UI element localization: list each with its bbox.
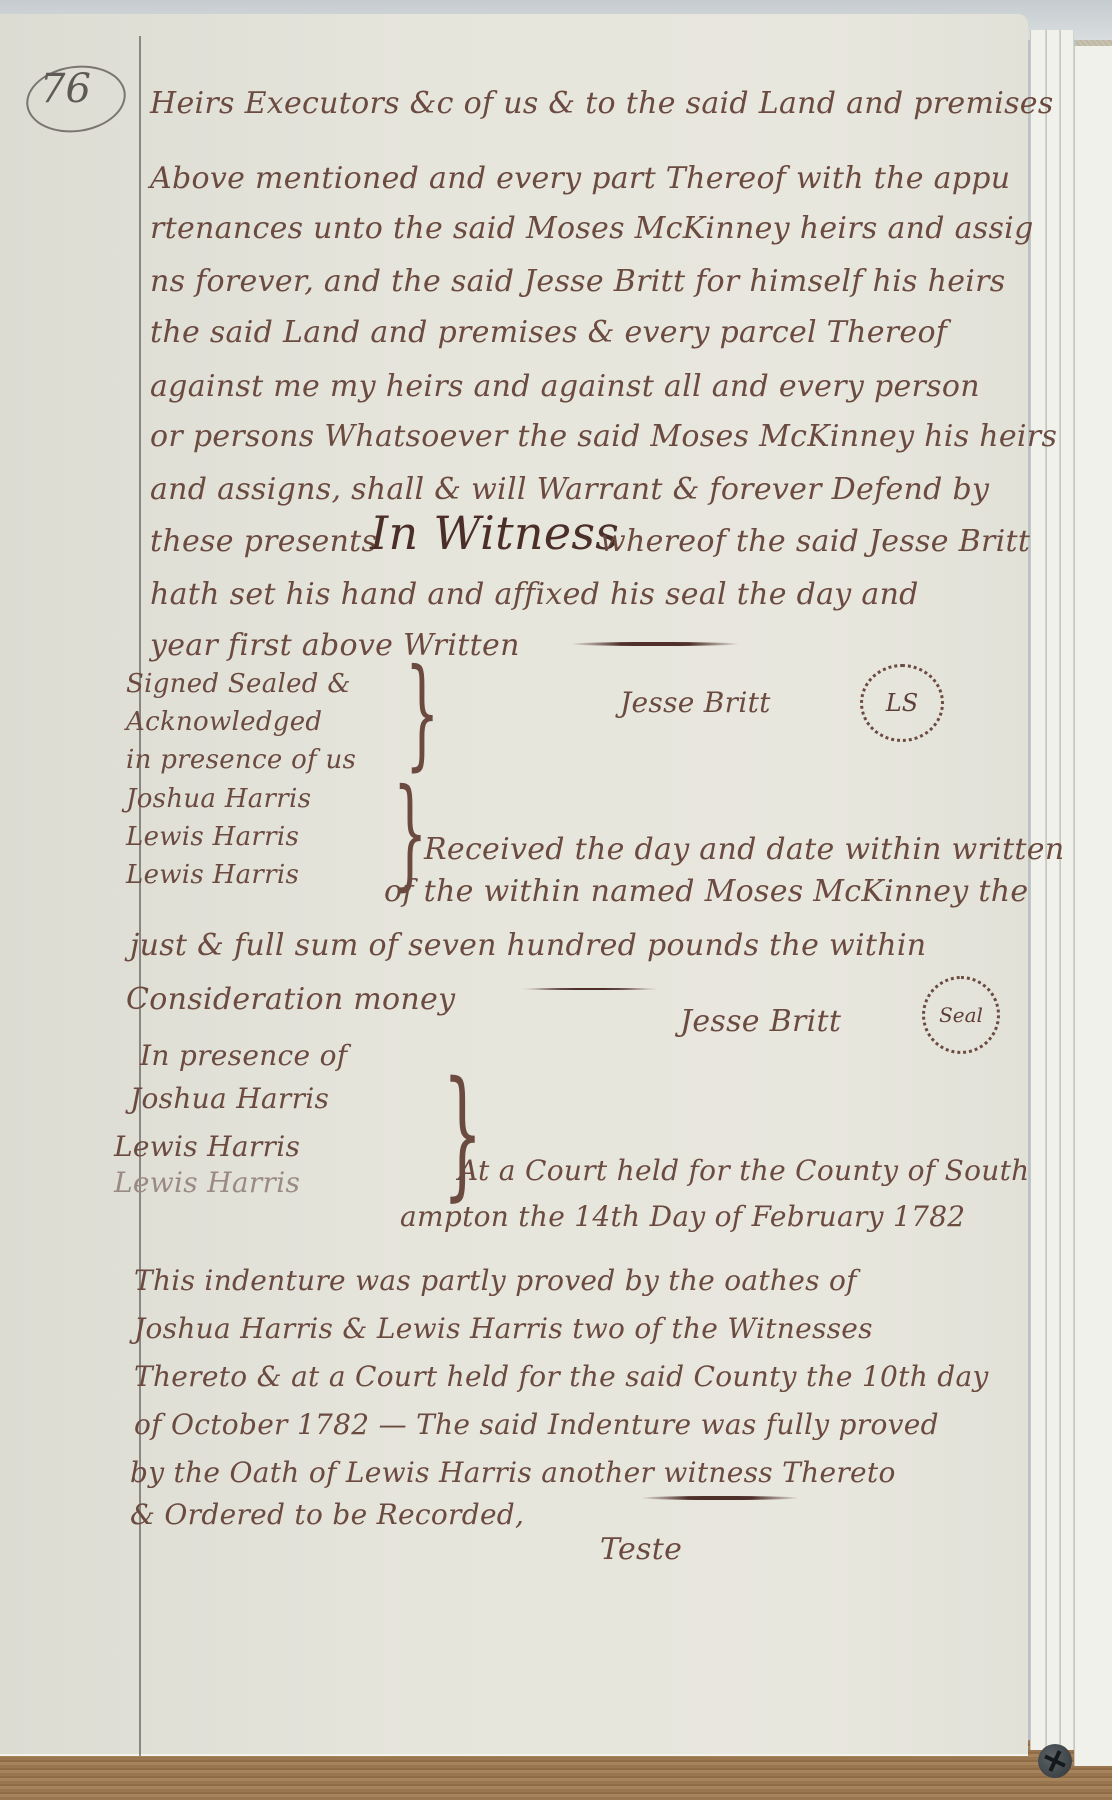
screw-icon xyxy=(1038,1744,1072,1778)
receipt-line: Consideration money xyxy=(126,982,455,1017)
witness-heading-line: Acknowledged xyxy=(126,707,322,737)
seal-label: LS xyxy=(886,689,918,717)
page-edge xyxy=(1046,30,1060,1750)
witness-name: Joshua Harris xyxy=(130,1082,329,1115)
body-line: rtenances unto the said Moses McKinney h… xyxy=(150,211,1034,246)
seal-icon: Seal xyxy=(922,976,1000,1054)
court-line: Thereto & at a Court held for the said C… xyxy=(134,1360,989,1393)
signature-name: Jesse Britt xyxy=(620,686,771,719)
body-line: these presents xyxy=(150,524,377,559)
court-line: Joshua Harris & Lewis Harris two of the … xyxy=(134,1312,873,1345)
body-line: Above mentioned and every part Thereof w… xyxy=(150,161,1010,196)
in-witness-heading: In Witness xyxy=(370,506,619,560)
signature-name: Jesse Britt xyxy=(680,1004,841,1039)
body-line: year first above Written xyxy=(150,628,520,663)
ledger-page: 76 Heirs Executors &c of us & to the sai… xyxy=(0,14,1028,1754)
body-line: Heirs Executors &c of us & to the said L… xyxy=(150,86,1054,121)
body-line: ns forever, and the said Jesse Britt for… xyxy=(150,264,1006,299)
page-number: 76 xyxy=(40,66,91,112)
witness-name: Lewis Harris xyxy=(114,1130,300,1163)
flourish-line xyxy=(640,1496,800,1500)
witness-heading-line: In presence of xyxy=(140,1039,347,1072)
flourish-line xyxy=(570,642,740,646)
court-line: & Ordered to be Recorded, xyxy=(130,1498,524,1531)
seal-ls-icon: LS xyxy=(860,664,944,742)
page-edge xyxy=(1030,30,1046,1750)
body-line: the said Land and premises & every parce… xyxy=(150,315,947,350)
court-line: This indenture was partly proved by the … xyxy=(134,1264,857,1297)
body-line: and assigns, shall & will Warrant & fore… xyxy=(150,472,989,507)
witness-name: Lewis Harris xyxy=(126,860,299,890)
court-line: ampton the 14th Day of February 1782 xyxy=(400,1200,965,1233)
flourish-line xyxy=(520,988,660,990)
witness-name: Joshua Harris xyxy=(126,784,311,814)
page-edge xyxy=(1060,30,1074,1750)
brace-icon: } xyxy=(405,654,439,774)
receipt-line: Received the day and date within written xyxy=(424,832,1064,867)
receipt-line: just & full sum of seven hundred pounds … xyxy=(130,928,926,963)
court-line: At a Court held for the County of South xyxy=(458,1154,1029,1187)
witness-heading-line: in presence of us xyxy=(126,745,356,775)
seal-label: Seal xyxy=(939,1003,983,1027)
court-line: of October 1782 — The said Indenture was… xyxy=(134,1408,939,1441)
body-line: hath set his hand and affixed his seal t… xyxy=(150,577,919,612)
body-line: or persons Whatsoever the said Moses McK… xyxy=(150,419,1057,454)
witness-name: Lewis Harris xyxy=(114,1166,300,1199)
witness-heading-line: Signed Sealed & xyxy=(126,669,351,699)
body-line: whereof the said Jesse Britt xyxy=(600,524,1030,559)
witness-name: Lewis Harris xyxy=(126,822,299,852)
body-line: against me my heirs and against all and … xyxy=(150,369,980,404)
page-edge xyxy=(1074,46,1112,1766)
court-line: by the Oath of Lewis Harris another witn… xyxy=(130,1456,896,1489)
attest-signature: Teste xyxy=(600,1532,682,1567)
receipt-line: of the within named Moses McKinney the xyxy=(384,874,1028,909)
